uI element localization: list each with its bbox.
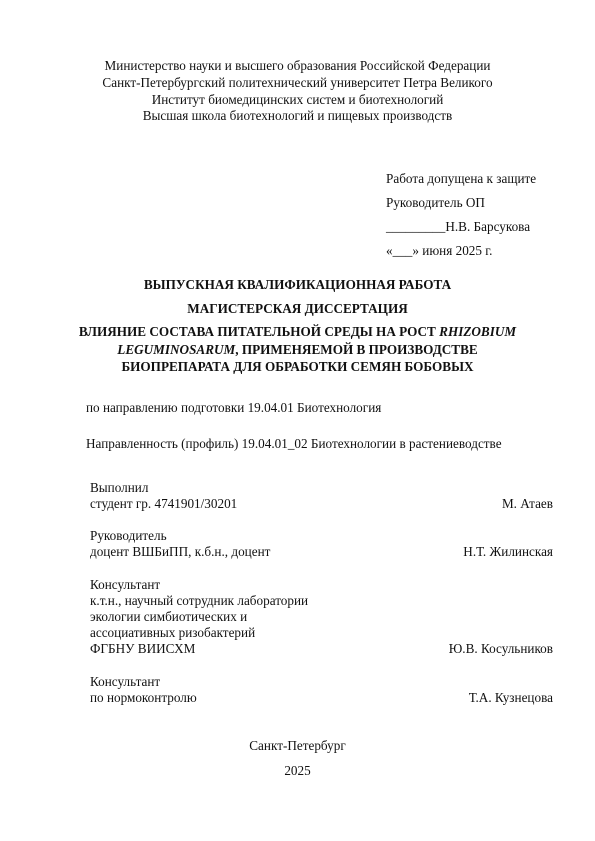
consultant-details-1: к.т.н., научный сотрудник лаборатории (90, 593, 308, 609)
degree-title: МАГИСТЕРСКАЯ ДИССЕРТАЦИЯ (0, 300, 595, 317)
topic-line-2: LEGUMINOSARUM, ПРИМЕНЯЕМОЙ В ПРОИЗВОДСТВ… (0, 341, 595, 358)
topic-line-2-text: , ПРИМЕНЯЕМОЙ В ПРОИЗВОДСТВЕ (235, 342, 477, 357)
consultant-details-3: ассоциативных ризобактерий (90, 625, 255, 641)
topic-line-3: БИОПРЕПАРАТА ДЛЯ ОБРАБОТКИ СЕМЯН БОБОВЫХ (0, 358, 595, 375)
topic-line-1-text: ВЛИЯНИЕ СОСТАВА ПИТАТЕЛЬНОЙ СРЕДЫ НА РОС… (79, 324, 439, 339)
supervisor-role: Руководитель (90, 528, 167, 544)
year: 2025 (0, 763, 595, 779)
norm-control-details: по нормоконтролю (90, 690, 197, 706)
topic-line-1: ВЛИЯНИЕ СОСТАВА ПИТАТЕЛЬНОЙ СРЕДЫ НА РОС… (0, 323, 595, 340)
consultant-details-2: экологии симбиотических и (90, 609, 247, 625)
performer-role: Выполнил (90, 480, 148, 496)
supervisor-name: Н.Т. Жилинская (463, 544, 553, 560)
norm-control-role: Консультант (90, 674, 160, 690)
study-profile: Направленность (профиль) 19.04.01_02 Био… (86, 436, 502, 452)
consultant-role: Консультант (90, 577, 160, 593)
school-line: Высшая школа биотехнологий и пищевых про… (0, 107, 595, 124)
direction-of-study: по направлению подготовки 19.04.01 Биоте… (86, 400, 381, 416)
topic-species-epithet: LEGUMINOSARUM (117, 342, 235, 357)
city: Санкт-Петербург (0, 738, 595, 754)
performer-name: М. Атаев (502, 496, 553, 512)
ministry-line: Министерство науки и высшего образования… (0, 57, 595, 74)
topic-species-genus: RHIZOBIUM (439, 324, 516, 339)
performer-details: студент гр. 4741901/30201 (90, 496, 237, 512)
supervisor-details: доцент ВШБиПП, к.б.н., доцент (90, 544, 270, 560)
consultant-name: Ю.В. Косульников (449, 641, 553, 657)
consultant-details-4: ФГБНУ ВИИСХМ (90, 641, 195, 657)
admitted-to-defense: Работа допущена к защите (386, 171, 536, 187)
program-head-title: Руководитель ОП (386, 195, 485, 211)
norm-control-name: Т.А. Кузнецова (469, 690, 553, 706)
work-type-title: ВЫПУСКНАЯ КВАЛИФИКАЦИОННАЯ РАБОТА (0, 276, 595, 293)
institute-line: Институт биомедицинских систем и биотехн… (0, 91, 595, 108)
university-line: Санкт-Петербургский политехнический унив… (0, 74, 595, 91)
approval-date: «___» июня 2025 г. (386, 243, 492, 259)
program-head-signature: _________Н.В. Барсукова (386, 219, 530, 235)
